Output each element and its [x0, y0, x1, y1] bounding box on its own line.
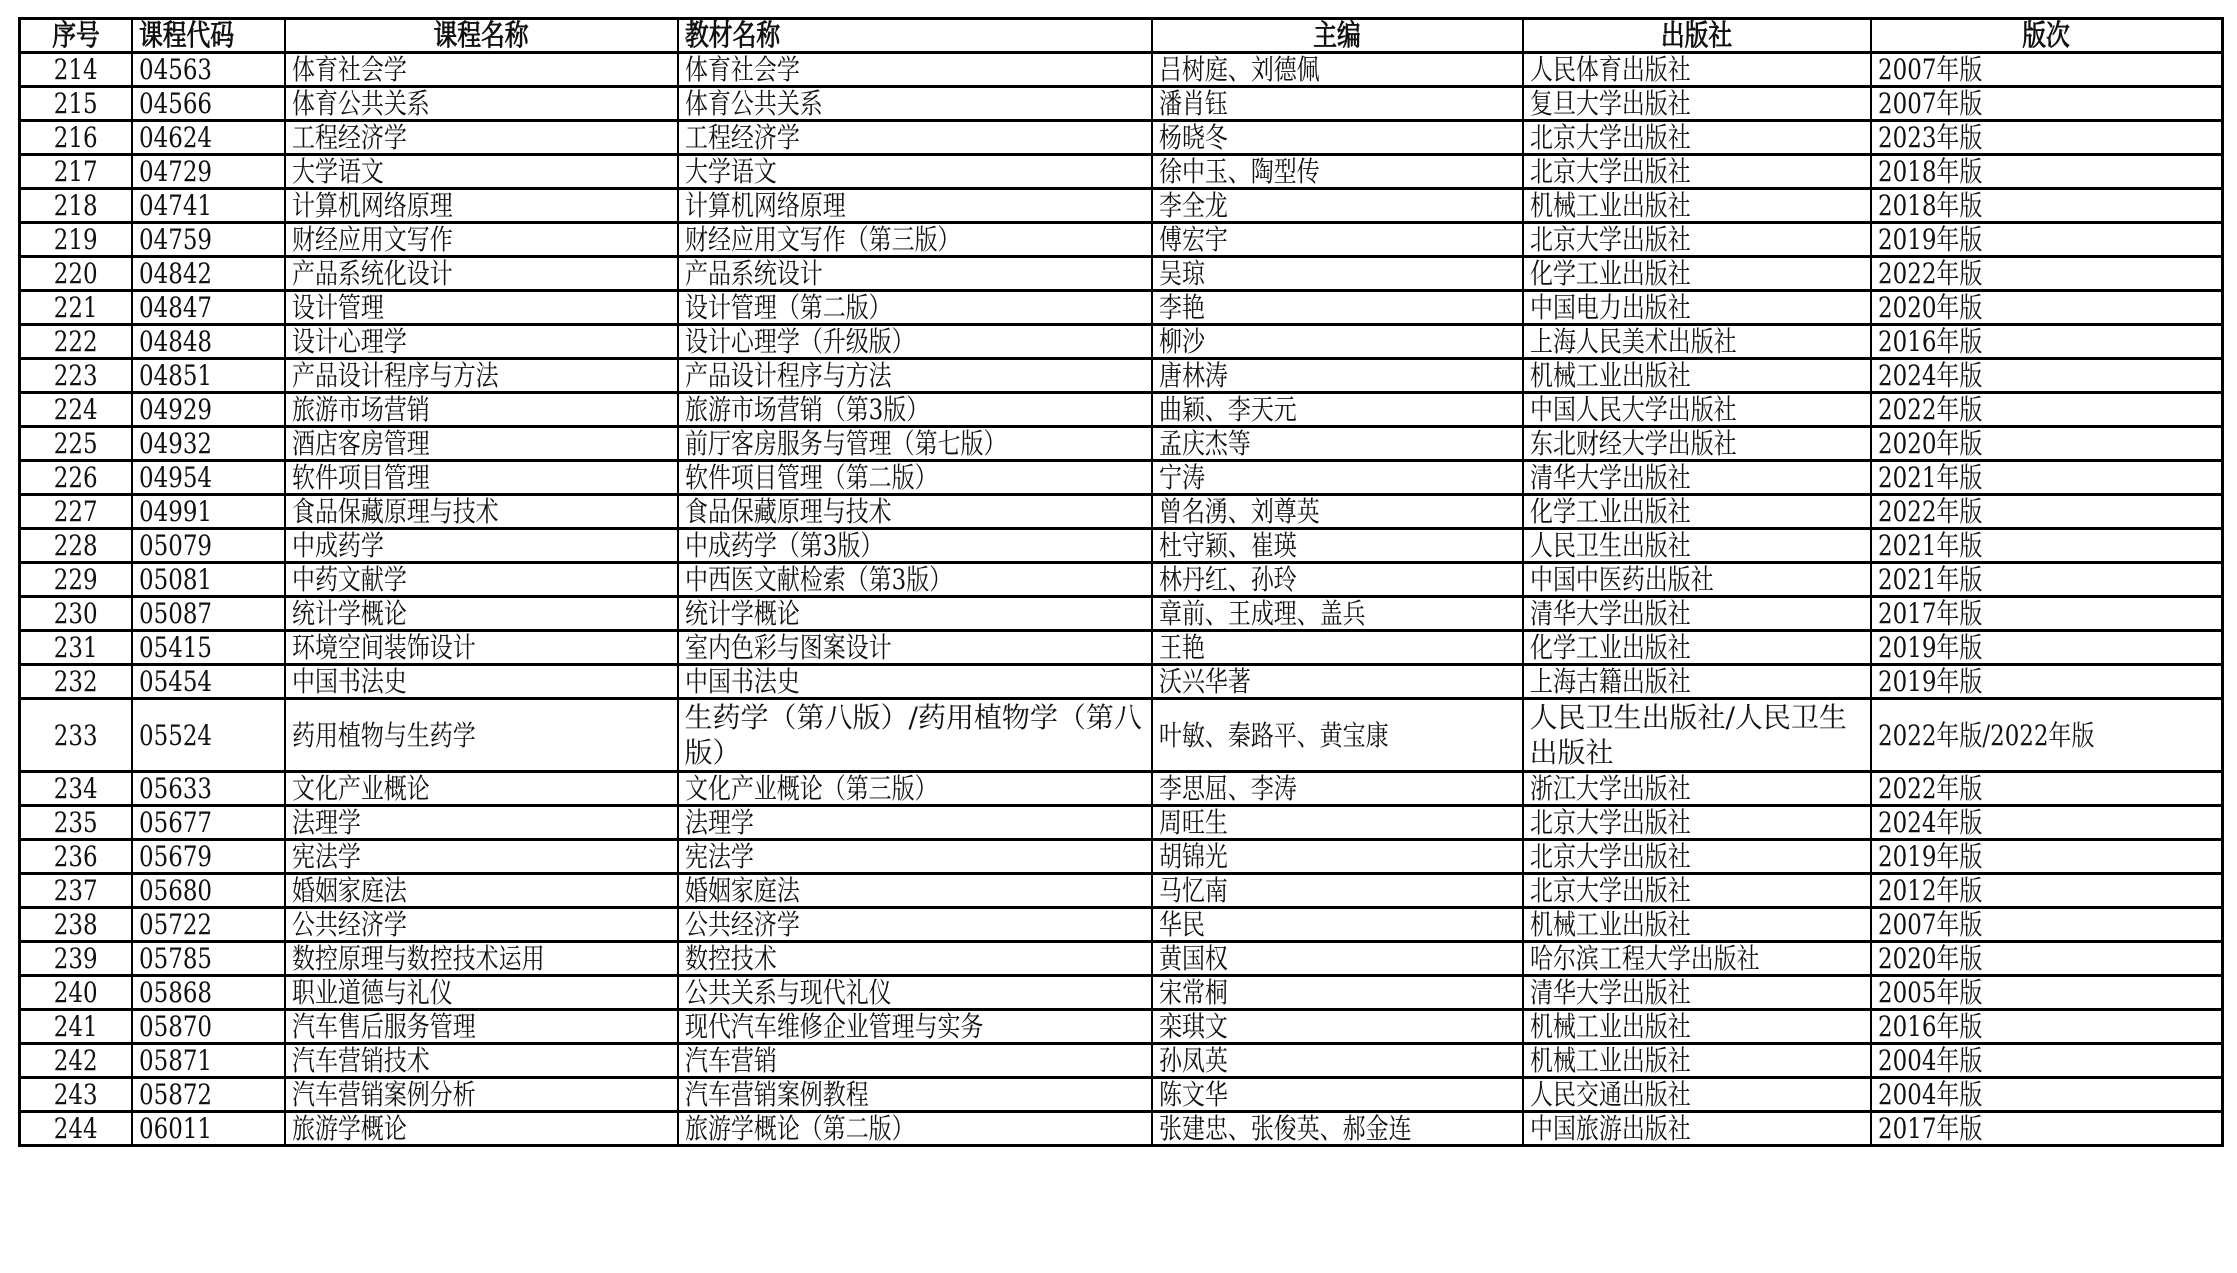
cell-course-code: 05679 [132, 840, 285, 874]
table-row: 22104847设计管理设计管理（第二版）李艳中国电力出版社2020年版 [20, 291, 2223, 325]
cell-publisher: 清华大学出版社 [1523, 976, 1871, 1010]
cell-course-code: 05081 [132, 563, 285, 597]
cell-serial-no: 216 [20, 121, 132, 155]
table-row: 23705680婚姻家庭法婚姻家庭法马忆南北京大学出版社2012年版 [20, 874, 2223, 908]
cell-course-name: 公共经济学 [285, 908, 678, 942]
table-row: 23605679宪法学宪法学胡锦光北京大学出版社2019年版 [20, 840, 2223, 874]
cell-course-name: 汽车营销案例分析 [285, 1078, 678, 1112]
cell-edition: 2004年版 [1871, 1044, 2223, 1078]
cell-serial-no: 233 [20, 699, 132, 772]
cell-textbook-name: 汽车营销 [678, 1044, 1152, 1078]
cell-edition: 2020年版 [1871, 291, 2223, 325]
table-row: 22805079中成药学中成药学（第3版）杜守颖、崔瑛人民卫生出版社2021年版 [20, 529, 2223, 563]
cell-course-code: 04566 [132, 87, 285, 121]
textbook-table: 序号 课程代码 课程名称 教材名称 主编 出版社 版次 21404563体育社会… [18, 17, 2224, 1147]
cell-publisher: 人民体育出版社 [1523, 53, 1871, 87]
cell-course-code: 04563 [132, 53, 285, 87]
cell-edition: 2020年版 [1871, 942, 2223, 976]
cell-course-name: 中国书法史 [285, 665, 678, 699]
cell-course-code: 05680 [132, 874, 285, 908]
cell-textbook-name: 工程经济学 [678, 121, 1152, 155]
cell-edition: 2022年版 [1871, 393, 2223, 427]
cell-course-code: 04759 [132, 223, 285, 257]
cell-edition: 2024年版 [1871, 806, 2223, 840]
cell-textbook-name: 汽车营销案例教程 [678, 1078, 1152, 1112]
cell-course-code: 05087 [132, 597, 285, 631]
cell-course-name: 工程经济学 [285, 121, 678, 155]
cell-course-name: 大学语文 [285, 155, 678, 189]
table-row: 23905785数控原理与数控技术运用数控技术黄国权哈尔滨工程大学出版社2020… [20, 942, 2223, 976]
cell-course-code: 05870 [132, 1010, 285, 1044]
cell-course-name: 软件项目管理 [285, 461, 678, 495]
cell-publisher: 北京大学出版社 [1523, 806, 1871, 840]
cell-course-code: 05079 [132, 529, 285, 563]
cell-textbook-name: 计算机网络原理 [678, 189, 1152, 223]
cell-publisher: 中国中医药出版社 [1523, 563, 1871, 597]
cell-publisher: 清华大学出版社 [1523, 461, 1871, 495]
cell-editor: 吴琼 [1152, 257, 1523, 291]
cell-editor: 陈文华 [1152, 1078, 1523, 1112]
cell-serial-no: 230 [20, 597, 132, 631]
table-body: 21404563体育社会学体育社会学吕树庭、刘德佩人民体育出版社2007年版21… [20, 53, 2223, 1146]
cell-publisher: 北京大学出版社 [1523, 874, 1871, 908]
cell-course-name: 汽车营销技术 [285, 1044, 678, 1078]
cell-textbook-name: 产品设计程序与方法 [678, 359, 1152, 393]
cell-editor: 徐中玉、陶型传 [1152, 155, 1523, 189]
cell-edition: 2016年版 [1871, 325, 2223, 359]
table-row: 24305872汽车营销案例分析汽车营销案例教程陈文华人民交通出版社2004年版 [20, 1078, 2223, 1112]
table-row: 23205454中国书法史中国书法史沃兴华著上海古籍出版社2019年版 [20, 665, 2223, 699]
cell-editor: 李艳 [1152, 291, 1523, 325]
cell-textbook-name: 产品系统设计 [678, 257, 1152, 291]
cell-course-code: 04851 [132, 359, 285, 393]
cell-edition: 2019年版 [1871, 665, 2223, 699]
cell-textbook-name: 软件项目管理（第二版） [678, 461, 1152, 495]
table-row: 24205871汽车营销技术汽车营销孙凤英机械工业出版社2004年版 [20, 1044, 2223, 1078]
cell-course-code: 05454 [132, 665, 285, 699]
cell-textbook-name: 公共关系与现代礼仪 [678, 976, 1152, 1010]
cell-textbook-name: 设计心理学（升级版） [678, 325, 1152, 359]
cell-serial-no: 225 [20, 427, 132, 461]
cell-textbook-name: 统计学概论 [678, 597, 1152, 631]
cell-textbook-name: 设计管理（第二版） [678, 291, 1152, 325]
cell-course-code: 05722 [132, 908, 285, 942]
table-row: 21404563体育社会学体育社会学吕树庭、刘德佩人民体育出版社2007年版 [20, 53, 2223, 87]
cell-serial-no: 229 [20, 563, 132, 597]
table-row: 21504566体育公共关系体育公共关系潘肖钰复旦大学出版社2007年版 [20, 87, 2223, 121]
table-row: 22204848设计心理学设计心理学（升级版）柳沙上海人民美术出版社2016年版 [20, 325, 2223, 359]
cell-editor: 潘肖钰 [1152, 87, 1523, 121]
cell-editor: 宋常桐 [1152, 976, 1523, 1010]
cell-edition: 2022年版 [1871, 772, 2223, 806]
cell-edition: 2024年版 [1871, 359, 2223, 393]
cell-textbook-name: 宪法学 [678, 840, 1152, 874]
cell-serial-no: 217 [20, 155, 132, 189]
cell-editor: 周旺生 [1152, 806, 1523, 840]
cell-course-code: 04929 [132, 393, 285, 427]
cell-edition: 2019年版 [1871, 223, 2223, 257]
cell-course-code: 05415 [132, 631, 285, 665]
cell-edition: 2020年版 [1871, 427, 2223, 461]
cell-textbook-name: 公共经济学 [678, 908, 1152, 942]
cell-serial-no: 240 [20, 976, 132, 1010]
table-row: 23805722公共经济学公共经济学华民机械工业出版社2007年版 [20, 908, 2223, 942]
cell-serial-no: 226 [20, 461, 132, 495]
table-row: 22504932酒店客房管理前厅客房服务与管理（第七版）孟庆杰等东北财经大学出版… [20, 427, 2223, 461]
cell-serial-no: 232 [20, 665, 132, 699]
table-row: 21704729大学语文大学语文徐中玉、陶型传北京大学出版社2018年版 [20, 155, 2223, 189]
table-row: 24005868职业道德与礼仪公共关系与现代礼仪宋常桐清华大学出版社2005年版 [20, 976, 2223, 1010]
cell-publisher: 中国电力出版社 [1523, 291, 1871, 325]
cell-course-code: 05785 [132, 942, 285, 976]
cell-edition: 2021年版 [1871, 461, 2223, 495]
cell-publisher: 机械工业出版社 [1523, 1010, 1871, 1044]
cell-serial-no: 231 [20, 631, 132, 665]
cell-serial-no: 219 [20, 223, 132, 257]
cell-serial-no: 244 [20, 1112, 132, 1146]
cell-edition: 2022年版 [1871, 495, 2223, 529]
cell-editor: 栾琪文 [1152, 1010, 1523, 1044]
cell-edition: 2019年版 [1871, 840, 2223, 874]
cell-editor: 李思屈、李涛 [1152, 772, 1523, 806]
cell-textbook-name: 财经应用文写作（第三版） [678, 223, 1152, 257]
cell-textbook-name: 中国书法史 [678, 665, 1152, 699]
cell-course-code: 04932 [132, 427, 285, 461]
cell-publisher: 北京大学出版社 [1523, 121, 1871, 155]
header-textbook-name: 教材名称 [678, 19, 1152, 53]
cell-serial-no: 234 [20, 772, 132, 806]
header-publisher: 出版社 [1523, 19, 1871, 53]
table-row: 23505677法理学法理学周旺生北京大学出版社2024年版 [20, 806, 2223, 840]
cell-textbook-name: 旅游学概论（第二版） [678, 1112, 1152, 1146]
cell-serial-no: 243 [20, 1078, 132, 1112]
cell-course-code: 04842 [132, 257, 285, 291]
table-row: 21904759财经应用文写作财经应用文写作（第三版）傅宏宇北京大学出版社201… [20, 223, 2223, 257]
cell-publisher: 人民交通出版社 [1523, 1078, 1871, 1112]
cell-publisher: 上海古籍出版社 [1523, 665, 1871, 699]
cell-editor: 杨晓冬 [1152, 121, 1523, 155]
table-row: 22404929旅游市场营销旅游市场营销（第3版）曲颖、李天元中国人民大学出版社… [20, 393, 2223, 427]
cell-edition: 2016年版 [1871, 1010, 2223, 1044]
cell-editor: 叶敏、秦路平、黄宝康 [1152, 699, 1523, 772]
cell-serial-no: 222 [20, 325, 132, 359]
table-row: 22304851产品设计程序与方法产品设计程序与方法唐林涛机械工业出版社2024… [20, 359, 2223, 393]
cell-edition: 2022年版 [1871, 257, 2223, 291]
cell-course-name: 旅游市场营销 [285, 393, 678, 427]
header-editor: 主编 [1152, 19, 1523, 53]
cell-textbook-name: 中成药学（第3版） [678, 529, 1152, 563]
cell-editor: 王艳 [1152, 631, 1523, 665]
cell-serial-no: 235 [20, 806, 132, 840]
cell-course-name: 宪法学 [285, 840, 678, 874]
cell-editor: 张建忠、张俊英、郝金连 [1152, 1112, 1523, 1146]
cell-editor: 胡锦光 [1152, 840, 1523, 874]
cell-course-name: 中药文献学 [285, 563, 678, 597]
cell-textbook-name: 现代汽车维修企业管理与实务 [678, 1010, 1152, 1044]
cell-course-name: 药用植物与生药学 [285, 699, 678, 772]
cell-publisher: 机械工业出版社 [1523, 1044, 1871, 1078]
cell-editor: 曲颖、李天元 [1152, 393, 1523, 427]
cell-serial-no: 224 [20, 393, 132, 427]
cell-publisher: 北京大学出版社 [1523, 840, 1871, 874]
cell-course-name: 产品系统化设计 [285, 257, 678, 291]
cell-serial-no: 223 [20, 359, 132, 393]
cell-course-code: 05677 [132, 806, 285, 840]
cell-course-code: 04624 [132, 121, 285, 155]
header-course-name: 课程名称 [285, 19, 678, 53]
cell-publisher: 中国人民大学出版社 [1523, 393, 1871, 427]
header-serial-no: 序号 [20, 19, 132, 53]
cell-course-name: 体育公共关系 [285, 87, 678, 121]
cell-edition: 2004年版 [1871, 1078, 2223, 1112]
cell-editor: 黄国权 [1152, 942, 1523, 976]
cell-editor: 杜守颖、崔瑛 [1152, 529, 1523, 563]
cell-publisher: 东北财经大学出版社 [1523, 427, 1871, 461]
cell-edition: 2021年版 [1871, 563, 2223, 597]
cell-publisher: 机械工业出版社 [1523, 908, 1871, 942]
cell-course-code: 04848 [132, 325, 285, 359]
cell-course-code: 04729 [132, 155, 285, 189]
cell-publisher: 哈尔滨工程大学出版社 [1523, 942, 1871, 976]
cell-edition: 2007年版 [1871, 87, 2223, 121]
cell-editor: 李全龙 [1152, 189, 1523, 223]
cell-edition: 2007年版 [1871, 908, 2223, 942]
cell-course-name: 中成药学 [285, 529, 678, 563]
table-row: 22004842产品系统化设计产品系统设计吴琼化学工业出版社2022年版 [20, 257, 2223, 291]
cell-textbook-name: 体育社会学 [678, 53, 1152, 87]
cell-editor: 唐林涛 [1152, 359, 1523, 393]
cell-editor: 马忆南 [1152, 874, 1523, 908]
cell-edition: 2007年版 [1871, 53, 2223, 87]
cell-edition: 2021年版 [1871, 529, 2223, 563]
cell-textbook-name: 法理学 [678, 806, 1152, 840]
cell-course-code: 05524 [132, 699, 285, 772]
cell-course-code: 06011 [132, 1112, 285, 1146]
cell-course-name: 产品设计程序与方法 [285, 359, 678, 393]
cell-textbook-name: 数控技术 [678, 942, 1152, 976]
table-row: 23105415环境空间装饰设计室内色彩与图案设计王艳化学工业出版社2019年版 [20, 631, 2223, 665]
cell-serial-no: 242 [20, 1044, 132, 1078]
cell-editor: 林丹红、孙玲 [1152, 563, 1523, 597]
cell-course-name: 体育社会学 [285, 53, 678, 87]
cell-course-name: 食品保藏原理与技术 [285, 495, 678, 529]
cell-textbook-name: 大学语文 [678, 155, 1152, 189]
cell-serial-no: 215 [20, 87, 132, 121]
cell-publisher: 人民卫生出版社 [1523, 529, 1871, 563]
cell-serial-no: 214 [20, 53, 132, 87]
cell-publisher: 浙江大学出版社 [1523, 772, 1871, 806]
cell-serial-no: 237 [20, 874, 132, 908]
cell-serial-no: 241 [20, 1010, 132, 1044]
cell-editor: 柳沙 [1152, 325, 1523, 359]
cell-publisher: 清华大学出版社 [1523, 597, 1871, 631]
cell-textbook-name: 体育公共关系 [678, 87, 1152, 121]
cell-textbook-name: 室内色彩与图案设计 [678, 631, 1152, 665]
cell-course-code: 05871 [132, 1044, 285, 1078]
cell-editor: 华民 [1152, 908, 1523, 942]
table-header: 序号 课程代码 课程名称 教材名称 主编 出版社 版次 [20, 19, 2223, 53]
cell-serial-no: 238 [20, 908, 132, 942]
cell-course-name: 设计心理学 [285, 325, 678, 359]
cell-textbook-name: 生药学（第八版）/药用植物学（第八版） [678, 699, 1152, 772]
cell-editor: 吕树庭、刘德佩 [1152, 53, 1523, 87]
cell-serial-no: 239 [20, 942, 132, 976]
table-row: 21804741计算机网络原理计算机网络原理李全龙机械工业出版社2018年版 [20, 189, 2223, 223]
table-row: 22905081中药文献学中西医文献检索（第3版）林丹红、孙玲中国中医药出版社2… [20, 563, 2223, 597]
cell-publisher: 机械工业出版社 [1523, 189, 1871, 223]
cell-serial-no: 228 [20, 529, 132, 563]
cell-course-code: 05633 [132, 772, 285, 806]
cell-course-code: 04741 [132, 189, 285, 223]
cell-edition: 2012年版 [1871, 874, 2223, 908]
cell-editor: 沃兴华著 [1152, 665, 1523, 699]
cell-publisher: 北京大学出版社 [1523, 223, 1871, 257]
cell-serial-no: 236 [20, 840, 132, 874]
cell-course-name: 财经应用文写作 [285, 223, 678, 257]
cell-course-name: 旅游学概论 [285, 1112, 678, 1146]
cell-publisher: 化学工业出版社 [1523, 257, 1871, 291]
header-course-code: 课程代码 [132, 19, 285, 53]
cell-course-code: 05872 [132, 1078, 285, 1112]
header-edition: 版次 [1871, 19, 2223, 53]
cell-edition: 2018年版 [1871, 189, 2223, 223]
cell-editor: 孟庆杰等 [1152, 427, 1523, 461]
cell-publisher: 北京大学出版社 [1523, 155, 1871, 189]
table-row: 22604954软件项目管理软件项目管理（第二版）宁涛清华大学出版社2021年版 [20, 461, 2223, 495]
table-row: 24406011旅游学概论旅游学概论（第二版）张建忠、张俊英、郝金连中国旅游出版… [20, 1112, 2223, 1146]
cell-textbook-name: 旅游市场营销（第3版） [678, 393, 1152, 427]
cell-edition: 2018年版 [1871, 155, 2223, 189]
header-row: 序号 课程代码 课程名称 教材名称 主编 出版社 版次 [20, 19, 2223, 53]
cell-course-name: 酒店客房管理 [285, 427, 678, 461]
cell-edition: 2005年版 [1871, 976, 2223, 1010]
cell-editor: 曾名湧、刘尊英 [1152, 495, 1523, 529]
cell-editor: 章前、王成理、盖兵 [1152, 597, 1523, 631]
cell-serial-no: 218 [20, 189, 132, 223]
cell-edition: 2017年版 [1871, 597, 2223, 631]
cell-course-name: 环境空间装饰设计 [285, 631, 678, 665]
cell-textbook-name: 前厅客房服务与管理（第七版） [678, 427, 1152, 461]
table-row: 23405633文化产业概论文化产业概论（第三版）李思屈、李涛浙江大学出版社20… [20, 772, 2223, 806]
cell-course-name: 统计学概论 [285, 597, 678, 631]
cell-serial-no: 227 [20, 495, 132, 529]
cell-textbook-name: 中西医文献检索（第3版） [678, 563, 1152, 597]
table-row: 22704991食品保藏原理与技术食品保藏原理与技术曾名湧、刘尊英化学工业出版社… [20, 495, 2223, 529]
table-row: 24105870汽车售后服务管理现代汽车维修企业管理与实务栾琪文机械工业出版社2… [20, 1010, 2223, 1044]
cell-edition: 2019年版 [1871, 631, 2223, 665]
table-row: 21604624工程经济学工程经济学杨晓冬北京大学出版社2023年版 [20, 121, 2223, 155]
cell-course-name: 法理学 [285, 806, 678, 840]
cell-course-code: 04847 [132, 291, 285, 325]
cell-edition: 2022年版/2022年版 [1871, 699, 2223, 772]
table-row: 23305524药用植物与生药学生药学（第八版）/药用植物学（第八版）叶敏、秦路… [20, 699, 2223, 772]
cell-serial-no: 220 [20, 257, 132, 291]
cell-course-name: 设计管理 [285, 291, 678, 325]
cell-course-name: 计算机网络原理 [285, 189, 678, 223]
cell-publisher: 机械工业出版社 [1523, 359, 1871, 393]
cell-course-code: 04954 [132, 461, 285, 495]
cell-course-name: 文化产业概论 [285, 772, 678, 806]
cell-publisher: 化学工业出版社 [1523, 495, 1871, 529]
cell-course-name: 婚姻家庭法 [285, 874, 678, 908]
cell-editor: 孙凤英 [1152, 1044, 1523, 1078]
cell-publisher: 复旦大学出版社 [1523, 87, 1871, 121]
cell-course-name: 汽车售后服务管理 [285, 1010, 678, 1044]
cell-textbook-name: 文化产业概论（第三版） [678, 772, 1152, 806]
table-row: 23005087统计学概论统计学概论章前、王成理、盖兵清华大学出版社2017年版 [20, 597, 2223, 631]
cell-textbook-name: 食品保藏原理与技术 [678, 495, 1152, 529]
cell-course-name: 职业道德与礼仪 [285, 976, 678, 1010]
cell-course-name: 数控原理与数控技术运用 [285, 942, 678, 976]
cell-publisher: 人民卫生出版社/人民卫生出版社 [1523, 699, 1871, 772]
cell-editor: 宁涛 [1152, 461, 1523, 495]
cell-edition: 2023年版 [1871, 121, 2223, 155]
cell-serial-no: 221 [20, 291, 132, 325]
cell-textbook-name: 婚姻家庭法 [678, 874, 1152, 908]
cell-edition: 2017年版 [1871, 1112, 2223, 1146]
cell-editor: 傅宏宇 [1152, 223, 1523, 257]
cell-publisher: 中国旅游出版社 [1523, 1112, 1871, 1146]
cell-course-code: 04991 [132, 495, 285, 529]
cell-publisher: 上海人民美术出版社 [1523, 325, 1871, 359]
cell-publisher: 化学工业出版社 [1523, 631, 1871, 665]
cell-course-code: 05868 [132, 976, 285, 1010]
